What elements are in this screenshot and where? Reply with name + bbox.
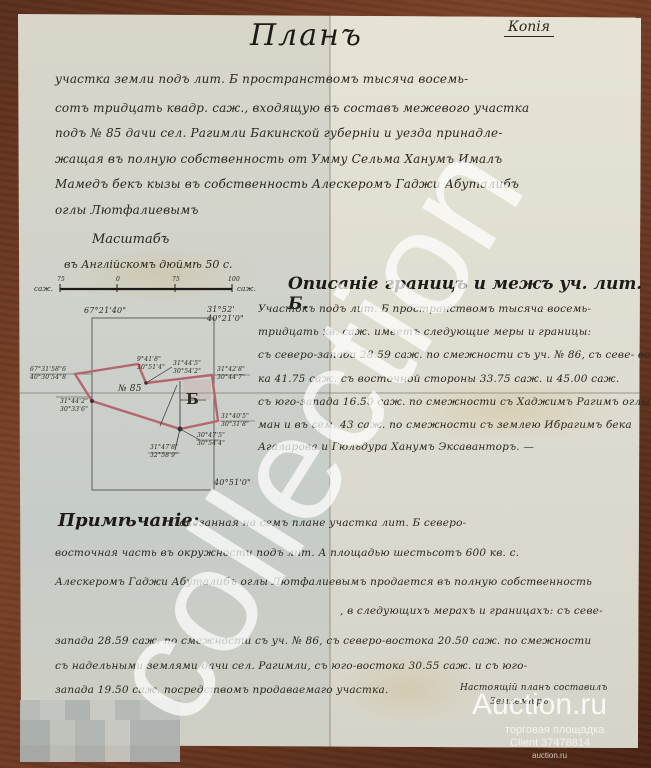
description-line: Участокъ подъ лит. Б пространствомъ тыся… <box>258 303 591 315</box>
note-line: Алескеромъ Гаджи Абуталибъ оглы Лютфалие… <box>55 576 592 588</box>
point-label: 67°31'58"640°30'54"8 <box>30 366 66 382</box>
frame-label-top-right: 31°52' <box>207 305 235 314</box>
description-line: ка 41.75 саж. съ восточной стороны 33.75… <box>258 373 619 385</box>
point-label: 31°40'5"30°31'8" <box>221 413 249 429</box>
scale-right-unit: саж. <box>237 285 256 293</box>
description-line: тридцать кв. саж. имеетъ следующие меры … <box>258 326 591 338</box>
sub-parcel-b-label: Б <box>186 390 199 408</box>
frame-label-top-right-2: 40°21'0" <box>207 314 244 323</box>
frame-label-bottom-right: 40°51'0" <box>214 478 251 487</box>
parcel-85-label: № 85 <box>118 384 142 394</box>
point-label: 9°41'8"30°51'4" <box>137 356 165 372</box>
closing-line: запада 19.50 саж. посредствомъ продаваем… <box>55 684 389 696</box>
closing-line: съ надельными землями дачи сел. Рагимли,… <box>55 660 527 672</box>
note-line: восточная часть въ окружности подъ лит. … <box>55 547 519 559</box>
scale-bar <box>60 284 232 292</box>
point-label: 30°47'5"30°54'4" <box>197 432 225 448</box>
auction-subtitle: торговая площадка <box>505 724 604 736</box>
scale-tick: 0 <box>116 276 120 283</box>
point-label: 31°42'8"30°44'7" <box>217 366 245 382</box>
scale-left-unit: саж. <box>34 285 53 293</box>
auction-url: auction.ru <box>532 751 567 760</box>
point-label: 31°44'2"30°33'6" <box>60 398 88 414</box>
frame-label-top-left: 67°21'40" <box>84 306 126 315</box>
scale-tick: 100 <box>228 276 240 283</box>
point-label: 31°44'5"30°54'2" <box>173 360 201 376</box>
pixelated-redaction <box>20 700 180 762</box>
closing-line: запада 28.59 саж. по смежности съ уч. № … <box>55 635 591 647</box>
description-line: съ северо-запада 28.59 саж. по смежности… <box>258 349 651 361</box>
description-line: Агаларова и Гюльдура Ханумъ Эксаванторъ.… <box>258 441 534 453</box>
auction-watermark: Auction.ru <box>472 688 607 722</box>
note-line: Показанная на семъ плане участка лит. Б … <box>170 517 466 529</box>
description-line: ман и въ сем. 43 саж. по смежности съ зе… <box>258 419 632 431</box>
scale-tick: 75 <box>172 276 180 283</box>
scale-tick: 75 <box>57 276 65 283</box>
client-id: Client 37478814 <box>510 737 590 749</box>
description-line: съ юго-запада 16.50 саж. по смежности съ… <box>258 396 650 408</box>
closing-line: , в следующихъ мерахъ и границахъ: съ се… <box>340 605 603 617</box>
point-label: 31°47'8"32°58'9" <box>150 444 178 460</box>
